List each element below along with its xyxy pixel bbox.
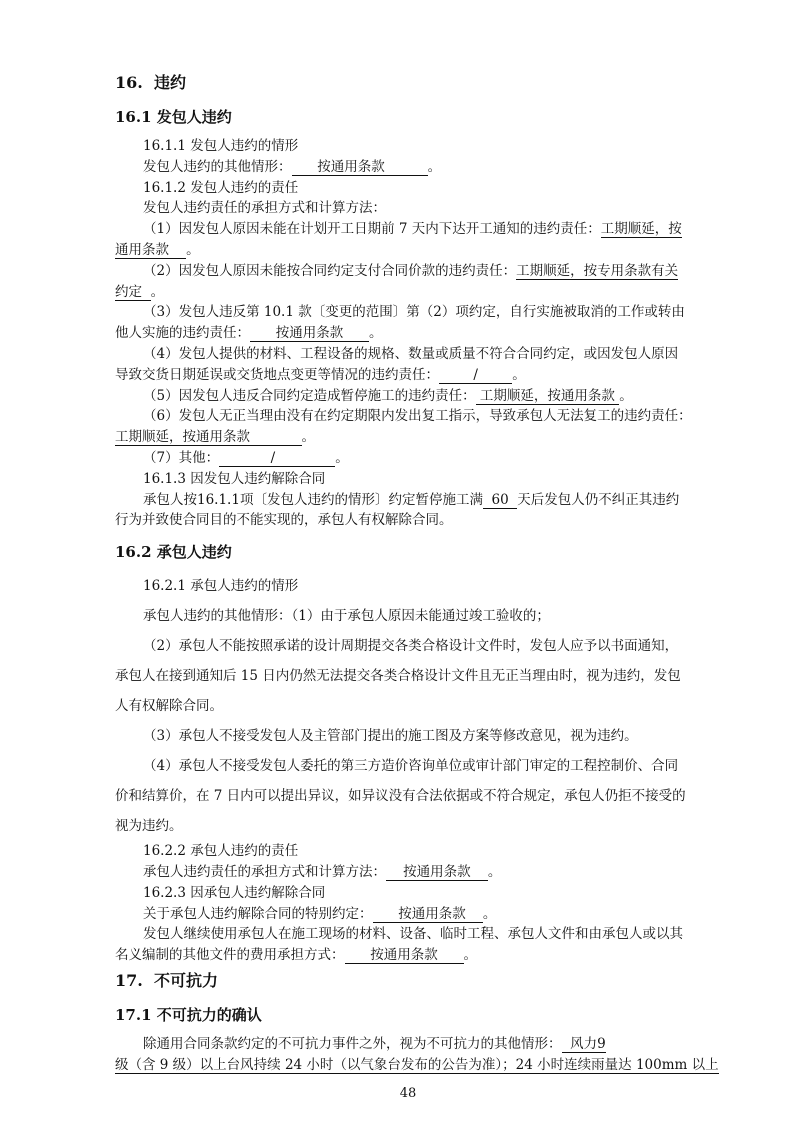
text-line: （2）因发包人原因未能按合同约定支付合同价款的违约责任：工期顺延，按专用条款有关 <box>115 261 701 282</box>
text-line: 16.2.1 承包人违约的情形 <box>115 571 701 601</box>
subsection-heading: 17.1 不可抗力的确认 <box>115 1004 701 1026</box>
fill-in-value: 约定 <box>115 284 151 301</box>
text-segment: 导致交货日期延误或交货地点变更等情况的违约责任： <box>115 367 439 383</box>
page-number: 48 <box>115 1086 701 1101</box>
text-segment: 16.1.1 发包人违约的情形 <box>143 138 298 154</box>
text-segment: （3）发包人违反第 10.1 款〔变更的范围〕第（2）项约定，自行实施被取消的工… <box>143 304 685 320</box>
text-segment: 。 <box>464 947 478 963</box>
text-segment: （7）其他： <box>143 450 219 466</box>
document-page: 16. 违约16.1 发包人违约16.1.1 发包人违约的情形发包人违约的其他情… <box>0 0 793 1122</box>
fill-in-value: 通用条款 <box>115 242 186 259</box>
text-segment: 。 <box>369 325 383 341</box>
text-segment: 承包人在接到通知后 15 日内仍然无法提交各类合格设计文件且无正当理由时，视为违… <box>115 668 681 684</box>
text-line: （3）发包人违反第 10.1 款〔变更的范围〕第（2）项约定，自行实施被取消的工… <box>115 302 701 323</box>
text-segment: 发包人继续使用承包人在施工现场的材料、设备、临时工程、承包人文件和由承包人或以其 <box>143 926 683 942</box>
fill-in-value: / <box>219 450 335 467</box>
text-line: 工期顺延，按通用条款 。 <box>115 427 701 448</box>
text-segment: （4）发包人提供的材料、工程设备的规格、数量或质量不符合合同约定，或因发包人原因 <box>143 346 678 362</box>
text-segment: 关于承包人违约解除合同的特别约定： <box>143 906 373 922</box>
text-segment: 16.2.2 承包人违约的责任 <box>143 843 298 859</box>
text-line: 他人实施的违约责任： 按通用条款 。 <box>115 323 701 344</box>
text-line: （2）承包人不能按照承诺的设计周期提交各类合格设计文件时，发包人应予以书面通知， <box>115 631 701 661</box>
fill-in-value: 风力9 <box>562 1036 606 1053</box>
text-line: 通用条款 。 <box>115 240 701 261</box>
fill-in-value: 按通用条款 <box>250 325 369 342</box>
text-line: 承包人在接到通知后 15 日内仍然无法提交各类合格设计文件且无正当理由时，视为违… <box>115 661 701 691</box>
text-segment: 行为并致使合同目的不能实现的，承包人有权解除合同。 <box>115 512 453 528</box>
text-line: 名义编制的其他文件的费用承担方式： 按通用条款 。 <box>115 945 701 966</box>
text-line: 16.1.2 发包人违约的责任 <box>115 178 701 199</box>
text-segment: （6）发包人无正当理由没有在约定期限内发出复工指示，导致承包人无法复工的违约责任… <box>143 408 692 424</box>
text-line: 关于承包人违约解除合同的特别约定： 按通用条款 。 <box>115 904 701 925</box>
fill-in-value: 工期顺延，按通用条款 <box>115 429 302 446</box>
text-line: 行为并致使合同目的不能实现的，承包人有权解除合同。 <box>115 510 701 531</box>
text-segment: （1）因发包人原因未能在计划开工日期前 7 天内下达开工通知的违约责任： <box>143 221 601 237</box>
text-segment: 承包人违约责任的承担方式和计算方法： <box>143 864 386 880</box>
section-heading: 17. 不可抗力 <box>115 970 701 992</box>
text-line: 发包人违约的其他情形： 按通用条款 。 <box>115 157 701 178</box>
text-line: 承包人按16.1.1项〔发包人违约的情形〕约定暂停施工满 60 天后发包人仍不纠… <box>115 490 701 511</box>
text-line: 发包人违约责任的承担方式和计算方法： <box>115 198 701 219</box>
text-line: （4）发包人提供的材料、工程设备的规格、数量或质量不符合合同约定，或因发包人原因 <box>115 344 701 365</box>
text-segment: 发包人违约责任的承担方式和计算方法： <box>143 200 386 216</box>
text-segment: 16.2.3 因承包人违约解除合同 <box>143 885 325 901</box>
text-segment: 他人实施的违约责任： <box>115 325 250 341</box>
text-segment: 16.1.3 因发包人违约解除合同 <box>143 471 325 487</box>
text-line: （4）承包人不接受发包人委托的第三方造价咨询单位或审计部门审定的工程控制价、合同 <box>115 751 701 781</box>
subsection-heading: 16.1 发包人违约 <box>115 106 701 128</box>
text-segment: 。 <box>335 450 349 466</box>
text-segment: 视为违约。 <box>115 818 183 834</box>
text-line: 导致交货日期延误或交货地点变更等情况的违约责任： / 。 <box>115 365 701 386</box>
text-segment: 。 <box>512 367 526 383</box>
text-segment: 除通用合同条款约定的不可抗力事件之外，视为不可抗力的其他情形： <box>143 1036 562 1052</box>
fill-in-value: 按通用条款 <box>386 864 488 881</box>
text-segment: 。 <box>186 242 200 258</box>
text-segment: 天后发包人仍不纠正其违约 <box>517 492 679 508</box>
fill-in-value: 工期顺延，按 <box>601 221 682 238</box>
fill-in-value: 60 <box>483 492 517 509</box>
text-line: 承包人违约的其他情形：（1）由于承包人原因未能通过竣工验收的； <box>115 601 701 631</box>
text-segment: （5）因发包人违反合同约定造成暂停施工的违约责任： <box>143 388 476 404</box>
text-line: （7）其他： / 。 <box>115 448 701 469</box>
text-segment: 。 <box>151 284 165 300</box>
text-segment: 名义编制的其他文件的费用承担方式： <box>115 947 345 963</box>
subsection-heading: 16.2 承包人违约 <box>115 541 701 563</box>
fill-in-value: 工期顺延，按通用条款 <box>476 388 620 405</box>
text-segment: 人有权解除合同。 <box>115 698 223 714</box>
text-line: 级（含 9 级）以上台风持续 24 小时（以气象台发布的公告为准）；24 小时连… <box>115 1055 701 1076</box>
text-line: 16.1.1 发包人违约的情形 <box>115 136 701 157</box>
text-segment: 。 <box>488 864 502 880</box>
text-segment: 发包人违约的其他情形： <box>143 159 292 175</box>
text-line: （1）因发包人原因未能在计划开工日期前 7 天内下达开工通知的违约责任：工期顺延… <box>115 219 701 240</box>
fill-in-value: 工期顺延，按专用条款有关 <box>516 263 678 280</box>
text-line: 视为违约。 <box>115 811 701 841</box>
text-line: 除通用合同条款约定的不可抗力事件之外，视为不可抗力的其他情形： 风力9 <box>115 1034 701 1055</box>
text-segment: 16.1.2 发包人违约的责任 <box>143 180 298 196</box>
text-segment: （2）承包人不能按照承诺的设计周期提交各类合格设计文件时，发包人应予以书面通知， <box>143 638 678 654</box>
text-line: 16.2.2 承包人违约的责任 <box>115 841 701 862</box>
text-line: 人有权解除合同。 <box>115 691 701 721</box>
section-heading: 16. 违约 <box>115 72 701 94</box>
text-segment: 。 <box>428 159 442 175</box>
text-line: 16.1.3 因发包人违约解除合同 <box>115 469 701 490</box>
fill-in-value: / <box>439 367 512 384</box>
text-line: 约定 。 <box>115 282 701 303</box>
text-line: 承包人违约责任的承担方式和计算方法： 按通用条款 。 <box>115 862 701 883</box>
text-line: （6）发包人无正当理由没有在约定期限内发出复工指示，导致承包人无法复工的违约责任… <box>115 406 701 427</box>
fill-in-value: 按通用条款 <box>345 947 464 964</box>
text-line: 16.2.3 因承包人违约解除合同 <box>115 883 701 904</box>
document-content: 16. 违约16.1 发包人违约16.1.1 发包人违约的情形发包人违约的其他情… <box>115 72 701 1076</box>
text-segment: （4）承包人不接受发包人委托的第三方造价咨询单位或审计部门审定的工程控制价、合同 <box>143 758 678 774</box>
text-segment: （3）承包人不接受发包人及主管部门提出的施工图及方案等修改意见，视为违约。 <box>143 728 638 744</box>
text-segment: 承包人按16.1.1项〔发包人违约的情形〕约定暂停施工满 <box>143 492 483 508</box>
text-line: （3）承包人不接受发包人及主管部门提出的施工图及方案等修改意见，视为违约。 <box>115 721 701 751</box>
text-segment: 承包人违约的其他情形：（1）由于承包人原因未能通过竣工验收的； <box>143 608 550 624</box>
fill-in-value: 按通用条款 <box>373 906 483 923</box>
text-segment: （2）因发包人原因未能按合同约定支付合同价款的违约责任： <box>143 263 516 279</box>
fill-in-value: 按通用条款 <box>292 159 428 176</box>
text-line: 价和结算价，在 7 日内可以提出异议，如异议没有合法依据或不符合规定，承包人仍拒… <box>115 781 701 811</box>
text-segment: 。 <box>483 906 497 922</box>
text-segment: 16.2.1 承包人违约的情形 <box>143 578 298 594</box>
text-segment: 价和结算价，在 7 日内可以提出异议，如异议没有合法依据或不符合规定，承包人仍拒… <box>115 788 686 804</box>
text-segment: 。 <box>619 388 633 404</box>
fill-in-value: 级（含 9 级）以上台风持续 24 小时（以气象台发布的公告为准）；24 小时连… <box>115 1057 719 1074</box>
text-segment: 。 <box>302 429 316 445</box>
text-line: （5）因发包人违反合同约定造成暂停施工的违约责任： 工期顺延，按通用条款 。 <box>115 386 701 407</box>
text-line: 发包人继续使用承包人在施工现场的材料、设备、临时工程、承包人文件和由承包人或以其 <box>115 924 701 945</box>
